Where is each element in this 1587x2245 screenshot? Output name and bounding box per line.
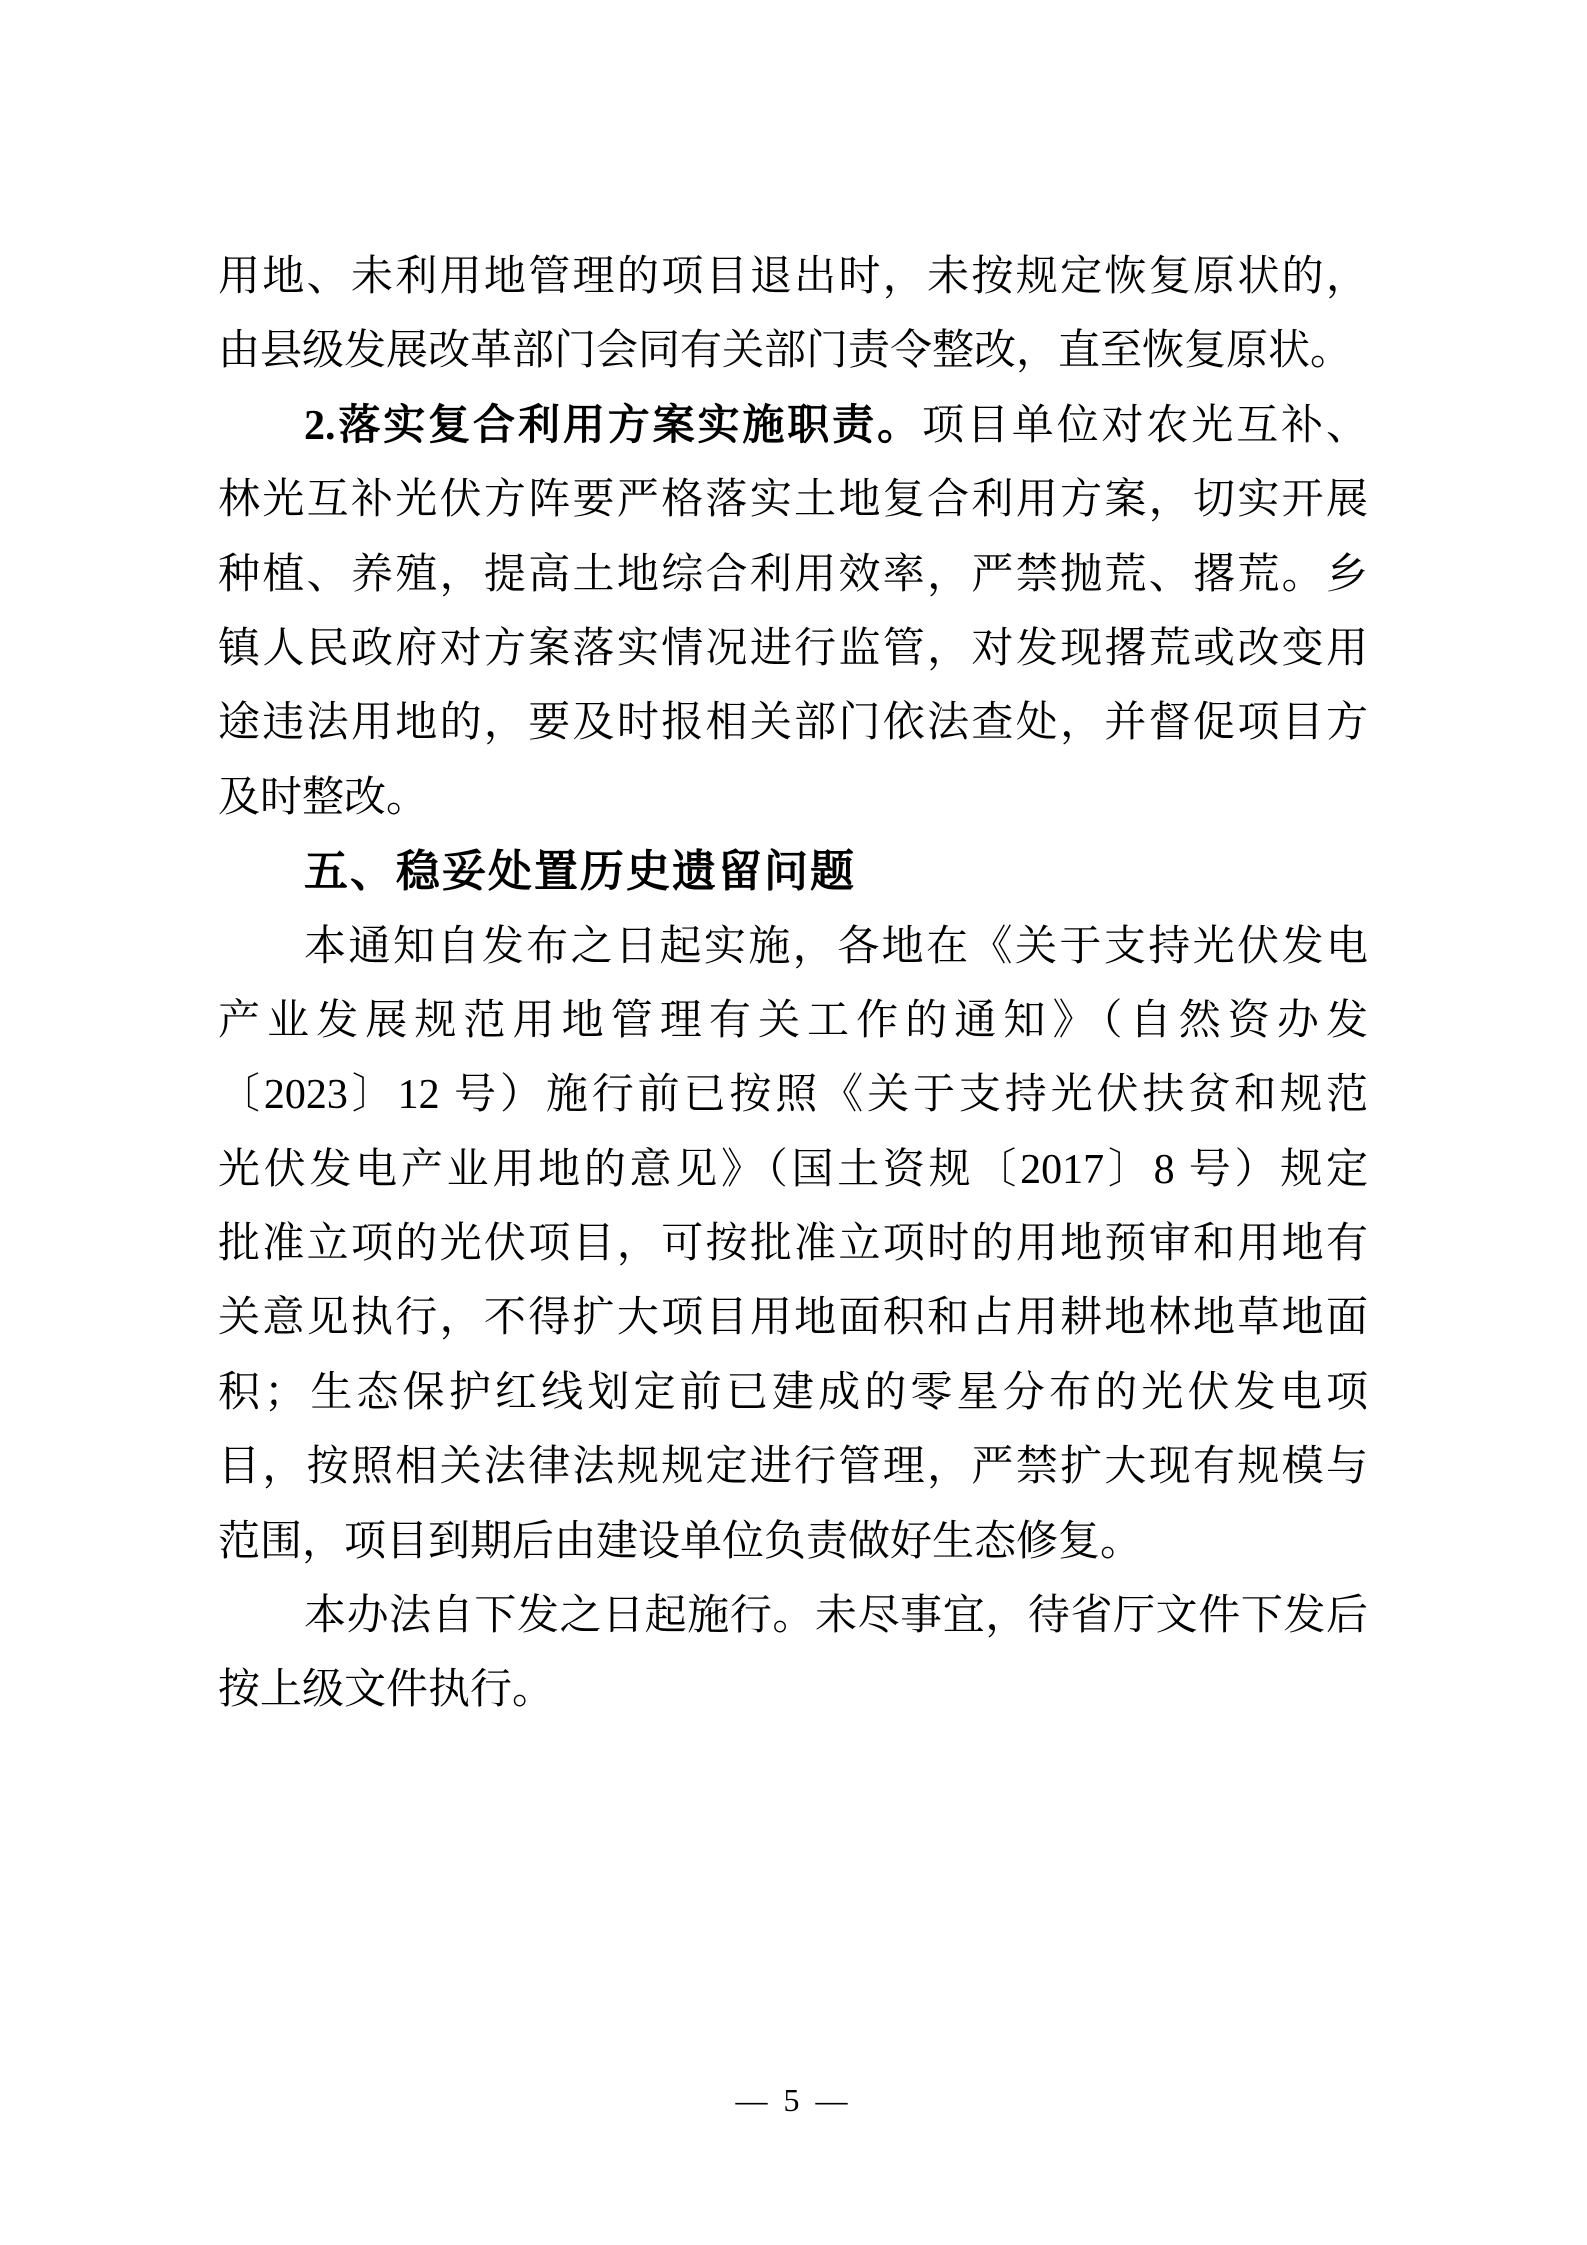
- document-line: 范围，项目到期后由建设单位负责做好生态修复。: [218, 1505, 1368, 1579]
- document-line-clause-2: 2.落实复合利用方案实施职责。项目单位对农光互补、: [218, 389, 1368, 463]
- document-line: 积；生态保护红线划定前已建成的零星分布的光伏发电项: [218, 1356, 1368, 1430]
- document-body: 用地、未利用地管理的项目退出时，未按规定恢复原状的， 由县级发展改革部门会同有关…: [218, 240, 1368, 1728]
- document-line: 本办法自下发之日起施行。未尽事宜，待省厅文件下发后: [218, 1579, 1368, 1653]
- document-line: 种植、养殖，提高土地综合利用效率，严禁抛荒、撂荒。乡: [218, 538, 1368, 612]
- clause-2-body-start: 项目单位对农光互补、: [922, 403, 1368, 449]
- document-line: 用地、未利用地管理的项目退出时，未按规定恢复原状的，: [218, 240, 1368, 314]
- document-line: 光伏发电产业用地的意见》（国土资规〔2017〕8 号）规定: [218, 1133, 1368, 1207]
- clause-2-heading: 2.落实复合利用方案实施职责。: [304, 403, 922, 449]
- page-number: — 5 —: [0, 2082, 1587, 2119]
- document-line: 按上级文件执行。: [218, 1653, 1368, 1727]
- document-line: 途违法用地的，要及时报相关部门依法查处，并督促项目方: [218, 686, 1368, 760]
- document-line: 镇人民政府对方案落实情况进行监管，对发现撂荒或改变用: [218, 612, 1368, 686]
- document-line: 本通知自发布之日起实施，各地在《关于支持光伏发电: [218, 910, 1368, 984]
- document-page: 用地、未利用地管理的项目退出时，未按规定恢复原状的， 由县级发展改革部门会同有关…: [0, 0, 1587, 2245]
- document-line: 关意见执行，不得扩大项目用地面积和占用耕地林地草地面: [218, 1281, 1368, 1355]
- document-line: 产业发展规范用地管理有关工作的通知》（自然资办发: [218, 984, 1368, 1058]
- document-line: 及时整改。: [218, 761, 1368, 835]
- document-line: 由县级发展改革部门会同有关部门责令整改，直至恢复原状。: [218, 314, 1368, 388]
- document-line: 目，按照相关法律法规规定进行管理，严禁扩大现有规模与: [218, 1430, 1368, 1504]
- section-heading-5: 五、稳妥处置历史遗留问题: [218, 835, 1368, 909]
- document-line: 〔2023〕12 号）施行前已按照《关于支持光伏扶贫和规范: [218, 1058, 1368, 1132]
- document-line: 林光互补光伏方阵要严格落实土地复合利用方案，切实开展: [218, 463, 1368, 537]
- document-line: 批准立项的光伏项目，可按批准立项时的用地预审和用地有: [218, 1207, 1368, 1281]
